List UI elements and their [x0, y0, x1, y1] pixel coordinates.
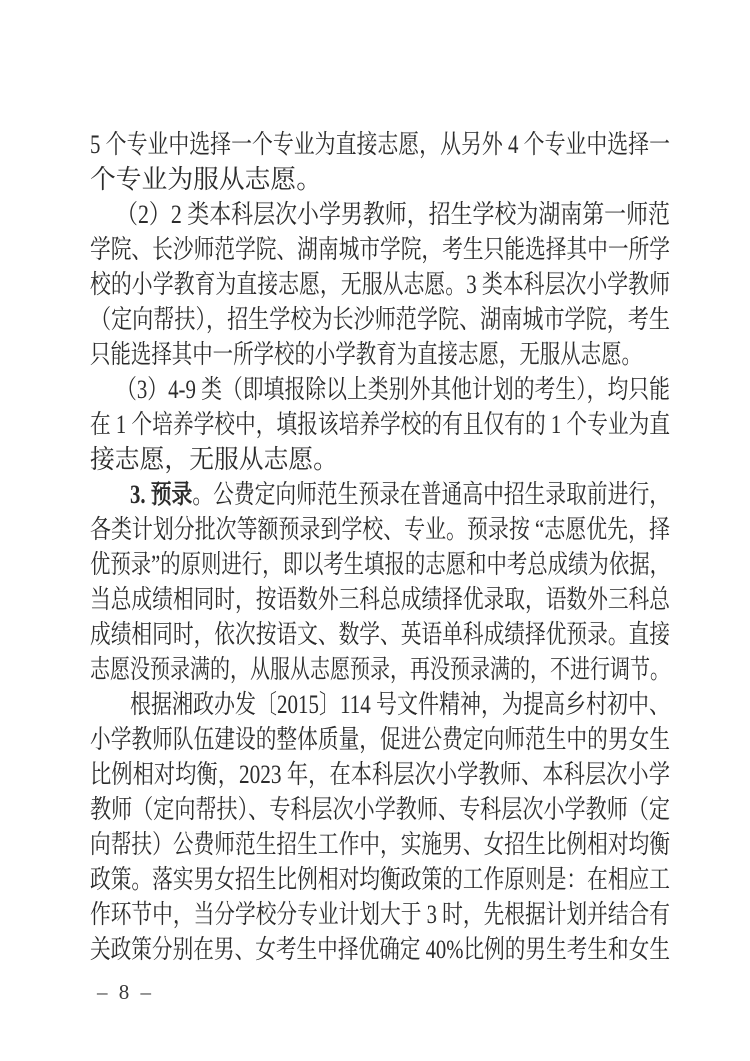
text-line: 学院、长沙师范学院、湖南城市学院，考生只能选择其中一所学 [90, 232, 670, 267]
text-line: 优预录”的原则进行，即以考生填报的志愿和中考总成绩为依据， [90, 547, 670, 582]
text-line: 志愿没预录满的，从服从志愿预录，再没预录满的，不进行调节。 [90, 652, 670, 687]
text-segment: 政策。落实男女招生比例相对均衡政策的工作原则是：在相应工 [90, 865, 670, 894]
text-line: 小学教师队伍建设的整体质量，促进公费定向师范生中的男女生 [90, 722, 670, 757]
text-line: 政策。落实男女招生比例相对均衡政策的工作原则是：在相应工 [90, 862, 670, 897]
text-segment: 各类计划分批次等额预录到学校、专业。预录按 “志愿优先，择 [90, 515, 670, 544]
text-line-content: 比例相对均衡，2023 年，在本科层次小学教师、本科层次小学 [90, 757, 670, 792]
text-segment: 接志愿，无服从志愿。 [90, 445, 338, 474]
text-line-content: （定向帮扶），招生学校为长沙师范学院、湖南城市学院，考生 [90, 302, 670, 337]
text-line: 比例相对均衡，2023 年，在本科层次小学教师、本科层次小学 [90, 757, 670, 792]
text-segment: 个专业为服从志愿。 [90, 165, 322, 194]
text-line-content: 个专业为服从志愿。 [90, 162, 322, 197]
text-segment: （定向帮扶），招生学校为长沙师范学院、湖南城市学院，考生 [90, 305, 670, 334]
text-line-content: 校的小学教育为直接志愿，无服从志愿。3 类本科层次小学教师 [90, 267, 670, 302]
text-line-content: 接志愿，无服从志愿。 [90, 442, 338, 477]
text-line: 教师（定向帮扶）、专科层次小学教师、专科层次小学教师（定 [90, 792, 670, 827]
text-segment: 成绩相同时，依次按语文、数学、英语单科成绩择优预录。直接 [90, 620, 670, 649]
text-line: 成绩相同时，依次按语文、数学、英语单科成绩择优预录。直接 [90, 617, 670, 652]
text-line-content: 作环节中，当分学校分专业计划大于 3 时，先根据计划并结合有 [90, 897, 670, 932]
text-segment: 向帮扶）公费师范生招生工作中，实施男、女招生比例相对均衡 [90, 830, 670, 859]
text-line: 关政策分别在男、女考生中择优确定 40%比例的男生考生和女生 [90, 932, 670, 967]
text-line-content: 各类计划分批次等额预录到学校、专业。预录按 “志愿优先，择 [90, 512, 670, 547]
text-line: 根据湘政办发〔2015〕114 号文件精神，为提高乡村初中、 [90, 687, 670, 722]
text-line-content: 成绩相同时，依次按语文、数学、英语单科成绩择优预录。直接 [90, 617, 670, 652]
text-line-content: 志愿没预录满的，从服从志愿预录，再没预录满的，不进行调节。 [90, 652, 670, 687]
text-segment: 作环节中，当分学校分专业计划大于 3 时，先根据计划并结合有 [90, 900, 670, 929]
text-line-content: 当总成绩相同时，按语数外三科总成绩择优录取，语数外三科总 [90, 582, 670, 617]
page-number: – 8 – [97, 980, 152, 1005]
text-line-content: 教师（定向帮扶）、专科层次小学教师、专科层次小学教师（定 [90, 792, 670, 827]
text-segment: 当总成绩相同时，按语数外三科总成绩择优录取，语数外三科总 [90, 585, 670, 614]
text-line: 校的小学教育为直接志愿，无服从志愿。3 类本科层次小学教师 [90, 267, 670, 302]
text-line: 接志愿，无服从志愿。 [90, 442, 670, 477]
text-segment: （3）4-9 类（即填报除以上类别外其他计划的考生），均只能 [116, 375, 670, 404]
document-lines: 5 个专业中选择一个专业为直接志愿，从另外 4 个专业中选择一个专业为服从志愿。… [90, 127, 670, 967]
text-segment: 小学教师队伍建设的整体质量，促进公费定向师范生中的男女生 [90, 725, 670, 754]
text-line-content: 政策。落实男女招生比例相对均衡政策的工作原则是：在相应工 [90, 862, 670, 897]
text-line-content: 小学教师队伍建设的整体质量，促进公费定向师范生中的男女生 [90, 722, 670, 757]
text-segment: 关政策分别在男、女考生中择优确定 40%比例的男生考生和女生 [90, 935, 670, 964]
text-line-content: 优预录”的原则进行，即以考生填报的志愿和中考总成绩为依据， [90, 547, 670, 582]
text-line: （2）2 类本科层次小学男教师，招生学校为湖南第一师范 [90, 197, 670, 232]
text-segment: 比例相对均衡，2023 年，在本科层次小学教师、本科层次小学 [90, 760, 670, 789]
text-line-content: （3）4-9 类（即填报除以上类别外其他计划的考生），均只能 [116, 372, 670, 407]
text-line-content: 3. 预录。公费定向师范生预录在普通高中招生录取前进行， [130, 477, 670, 512]
text-line: 在 1 个培养学校中，填报该培养学校的有且仅有的 1 个专业为直 [90, 407, 670, 442]
text-line: 作环节中，当分学校分专业计划大于 3 时，先根据计划并结合有 [90, 897, 670, 932]
text-line: 向帮扶）公费师范生招生工作中，实施男、女招生比例相对均衡 [90, 827, 670, 862]
text-line: 只能选择其中一所学校的小学教育为直接志愿，无服从志愿。 [90, 337, 670, 372]
text-line: （定向帮扶），招生学校为长沙师范学院、湖南城市学院，考生 [90, 302, 670, 337]
text-segment: 在 1 个培养学校中，填报该培养学校的有且仅有的 1 个专业为直 [90, 410, 670, 439]
text-line: （3）4-9 类（即填报除以上类别外其他计划的考生），均只能 [90, 372, 670, 407]
text-segment: 。公费定向师范生预录在普通高中招生录取前进行， [192, 480, 670, 509]
text-line-content: 在 1 个培养学校中，填报该培养学校的有且仅有的 1 个专业为直 [90, 407, 670, 442]
text-segment: 5 个专业中选择一个专业为直接志愿，从另外 4 个专业中选择一 [90, 130, 670, 159]
text-line: 个专业为服从志愿。 [90, 162, 670, 197]
text-line: 3. 预录。公费定向师范生预录在普通高中招生录取前进行， [90, 477, 670, 512]
text-line-content: 关政策分别在男、女考生中择优确定 40%比例的男生考生和女生 [90, 932, 670, 967]
bold-text-segment: 3. 预录 [130, 480, 192, 509]
text-line-content: 根据湘政办发〔2015〕114 号文件精神，为提高乡村初中、 [130, 687, 670, 722]
text-segment: 教师（定向帮扶）、专科层次小学教师、专科层次小学教师（定 [90, 795, 670, 824]
text-line-content: 5 个专业中选择一个专业为直接志愿，从另外 4 个专业中选择一 [90, 127, 670, 162]
text-line-content: （2）2 类本科层次小学男教师，招生学校为湖南第一师范 [116, 197, 670, 232]
text-line-content: 学院、长沙师范学院、湖南城市学院，考生只能选择其中一所学 [90, 232, 670, 267]
text-line: 当总成绩相同时，按语数外三科总成绩择优录取，语数外三科总 [90, 582, 670, 617]
text-line: 各类计划分批次等额预录到学校、专业。预录按 “志愿优先，择 [90, 512, 670, 547]
text-segment: 校的小学教育为直接志愿，无服从志愿。3 类本科层次小学教师 [90, 270, 670, 299]
text-segment: 优预录”的原则进行，即以考生填报的志愿和中考总成绩为依据， [90, 550, 670, 579]
text-line-content: 向帮扶）公费师范生招生工作中，实施男、女招生比例相对均衡 [90, 827, 670, 862]
text-line: 5 个专业中选择一个专业为直接志愿，从另外 4 个专业中选择一 [90, 127, 670, 162]
text-segment: （2）2 类本科层次小学男教师，招生学校为湖南第一师范 [116, 200, 670, 229]
text-segment: 根据湘政办发〔2015〕114 号文件精神，为提高乡村初中、 [130, 690, 670, 719]
document-page: 5 个专业中选择一个专业为直接志愿，从另外 4 个专业中选择一个专业为服从志愿。… [0, 0, 750, 1061]
text-segment: 志愿没预录满的，从服从志愿预录，再没预录满的，不进行调节。 [90, 655, 670, 684]
text-line-content: 只能选择其中一所学校的小学教育为直接志愿，无服从志愿。 [90, 337, 642, 372]
text-segment: 只能选择其中一所学校的小学教育为直接志愿，无服从志愿。 [90, 340, 642, 369]
text-segment: 学院、长沙师范学院、湖南城市学院，考生只能选择其中一所学 [90, 235, 670, 264]
